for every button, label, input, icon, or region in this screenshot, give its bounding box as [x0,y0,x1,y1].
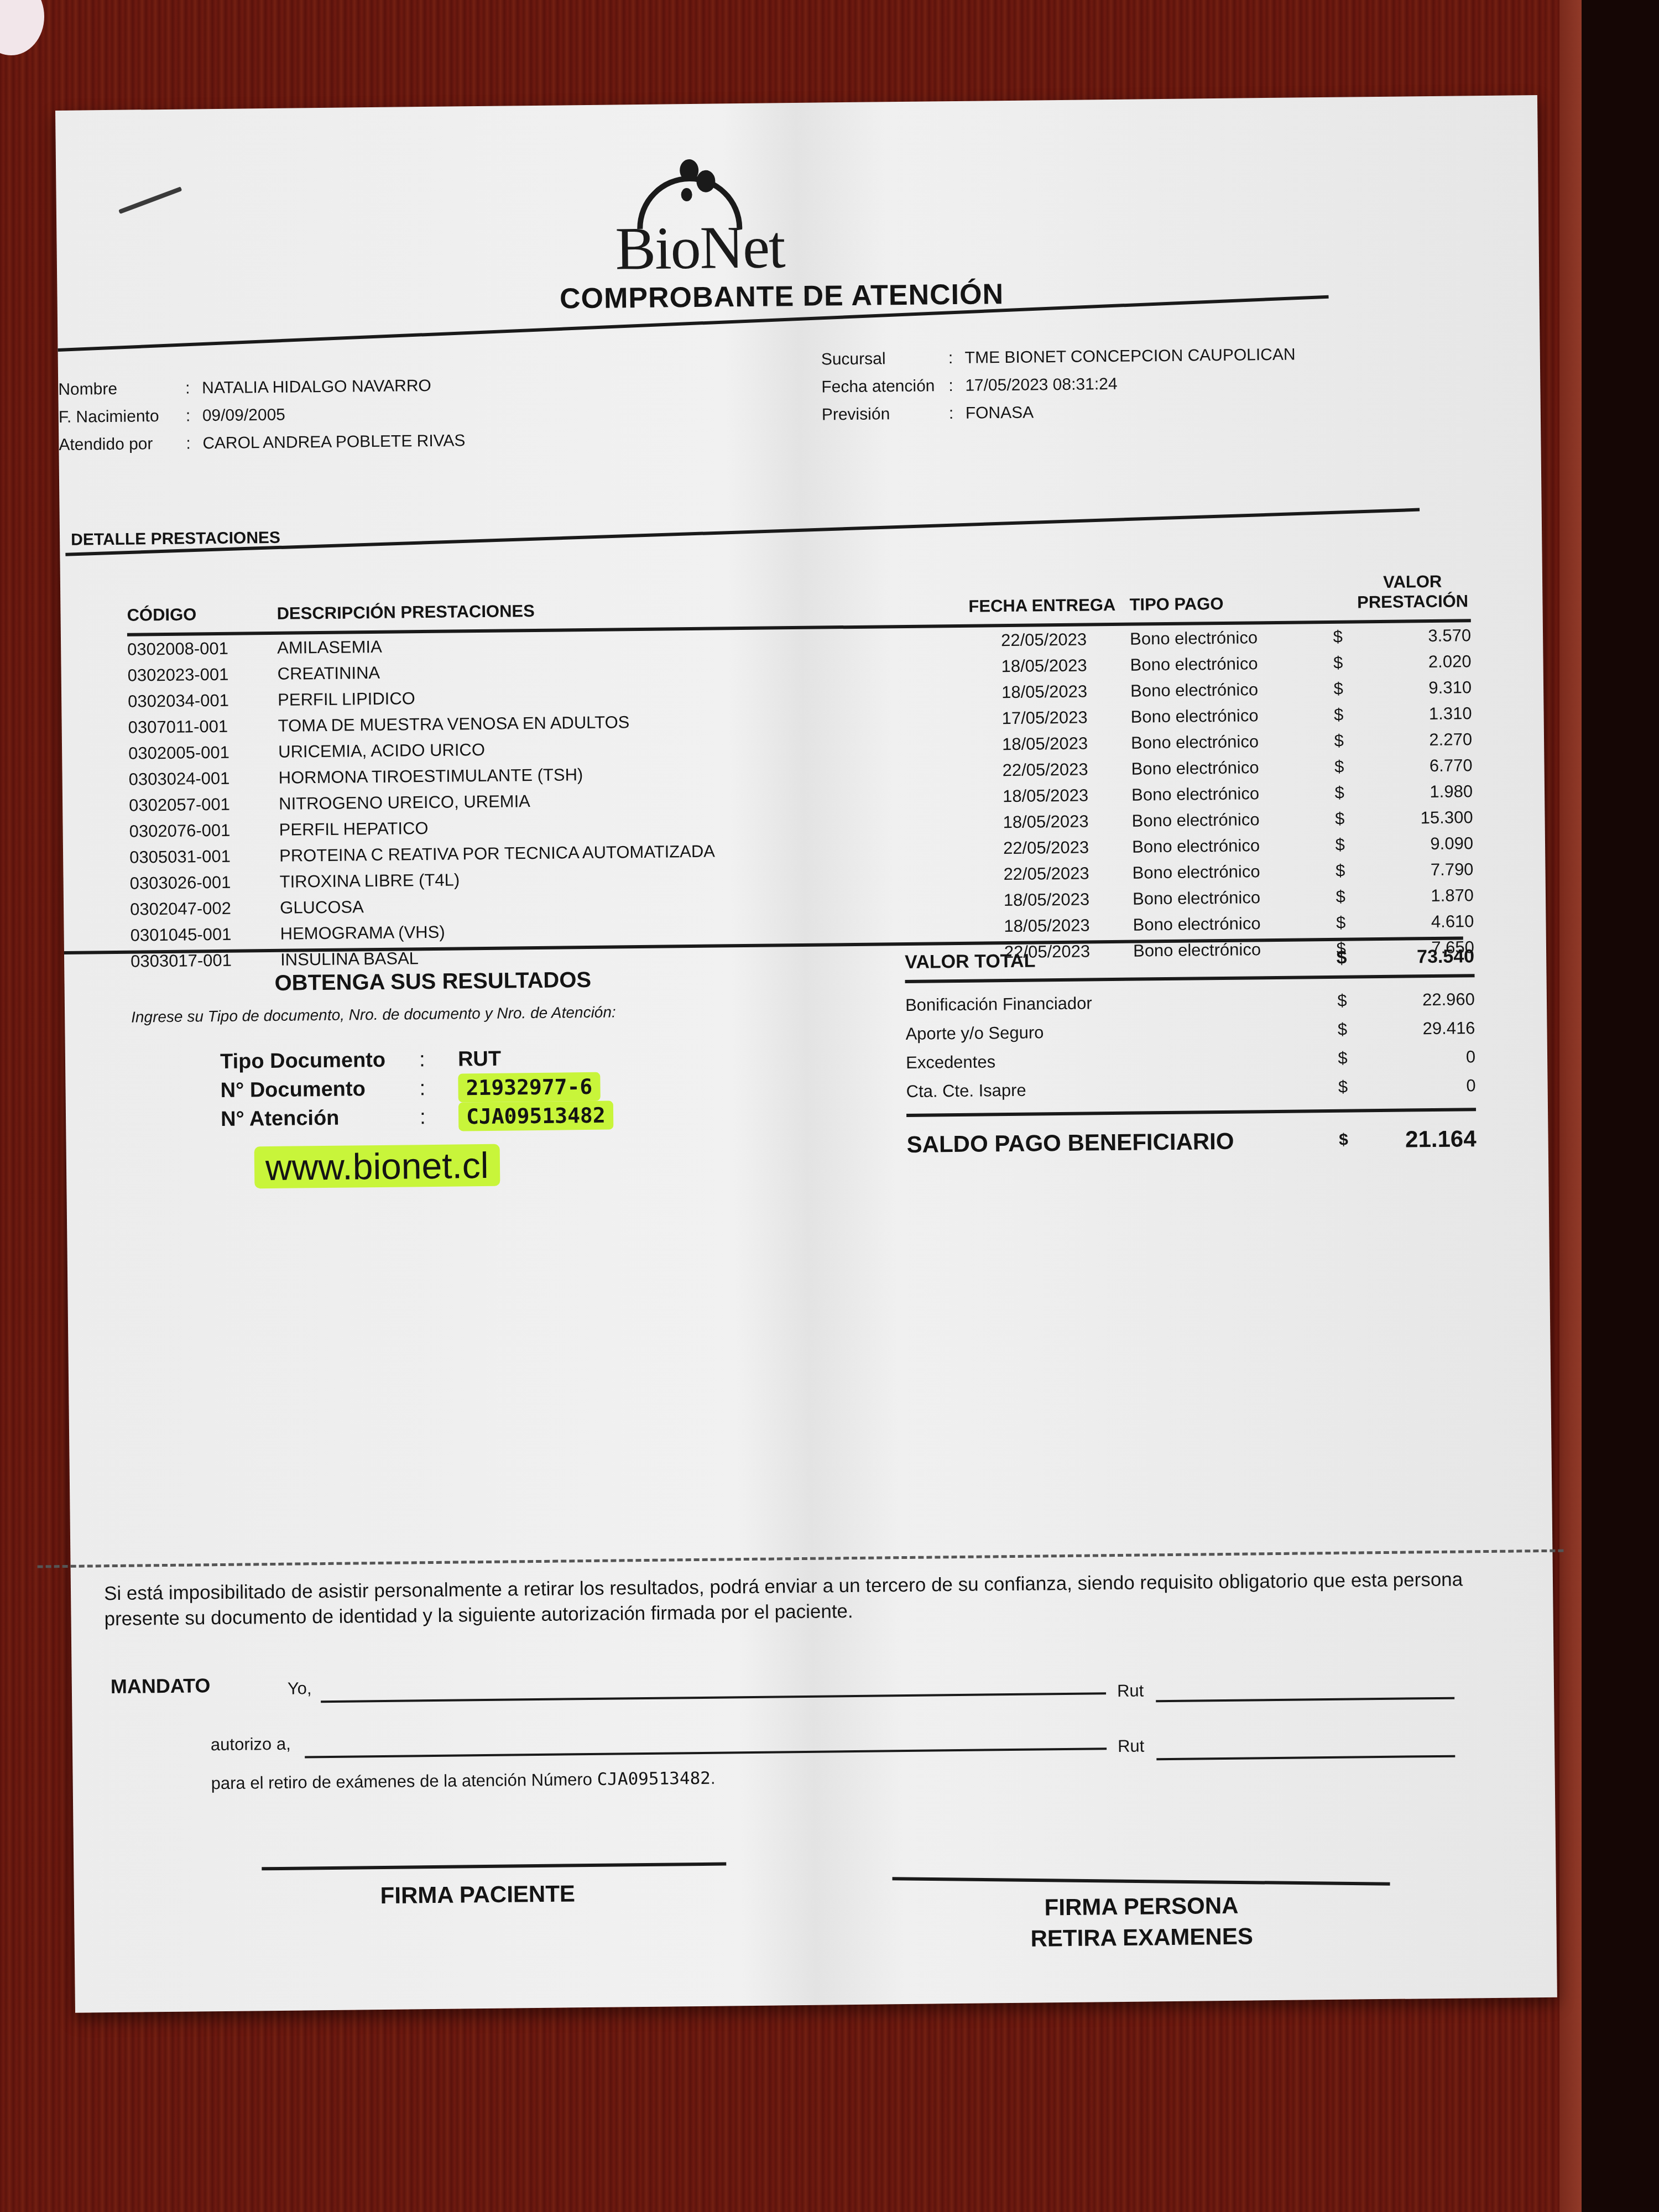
proxy-rut-field[interactable] [1156,1755,1455,1761]
service-code: 0302057-001 [129,791,279,818]
balance-row: SALDO PAGO BENEFICIARIO $ 21.164 [906,1117,1477,1167]
attended-by: CAROL ANDREA POBLETE RIVAS [202,427,466,457]
payment-type: Bono electrónico [1120,754,1322,782]
currency-symbol: $ [1321,649,1355,676]
delivery-date: 18/05/2023 [969,678,1120,706]
delivery-date: 18/05/2023 [969,652,1119,680]
totals-section: VALOR TOTAL $ 73.540 Bonificación Financ… [905,942,1477,1167]
cut-line [38,1550,1564,1568]
service-code: 0302076-001 [129,817,279,844]
service-value: 1.310 [1356,700,1472,727]
visit-date-row: Fecha atención: 17/05/2023 08:31:24 [821,369,1296,401]
service-code: 0302034-001 [128,687,278,714]
delivery-date: 18/05/2023 [970,730,1120,758]
patient-info: Nombre: NATALIA HIDALGO NAVARRO F. Nacim… [58,372,466,459]
doc-number-value: 21932977-6 [458,1072,600,1103]
service-value: 4.610 [1358,908,1474,935]
background-shadow [1582,0,1659,2212]
delivery-date: 18/05/2023 [972,886,1122,914]
currency-symbol: $ [1323,831,1358,858]
access-credentials: Tipo Documento: RUT N° Documento: 219329… [220,1041,852,1134]
doc-type-value: RUT [458,1045,502,1074]
service-value: 2.020 [1355,648,1472,675]
mandate-purpose: para el retiro de exámenes de la atenció… [211,1768,716,1794]
branch: TME BIONET CONCEPCION CAUPOLICAN [965,341,1296,372]
currency-symbol: $ [1321,623,1355,650]
payment-type: Bono electrónico [1120,780,1322,808]
delivery-date: 18/05/2023 [972,912,1122,940]
birthdate-row: F. Nacimiento: 09/09/2005 [59,399,466,431]
proxy-signature-label: FIRMA PERSONA RETIRA EXAMENES [937,1889,1347,1955]
service-code: 0303026-001 [129,869,280,896]
delivery-date: 18/05/2023 [971,782,1121,810]
payment-type: Bono electrónico [1119,676,1321,704]
visit-info: Sucursal: TME BIONET CONCEPCION CAUPOLIC… [821,341,1296,429]
payment-type: Bono electrónico [1121,884,1323,912]
proxy-name-field[interactable] [305,1747,1107,1758]
currency-symbol: $ [1323,883,1358,910]
delivery-date: 22/05/2023 [970,756,1120,784]
currency-symbol: $ [1321,675,1356,702]
service-value: 15.300 [1357,804,1473,831]
payment-type: Bono electrónico [1121,910,1323,938]
service-code: 0303024-001 [128,765,279,792]
branch-row: Sucursal: TME BIONET CONCEPCION CAUPOLIC… [821,341,1296,374]
breakdown-value: 29.416 [1364,1018,1475,1039]
attention-number-value: CJA09513482 [458,1101,613,1131]
currency-symbol: $ [1322,753,1357,780]
currency-symbol: $ [1323,909,1358,936]
mandate-attention-number: CJA09513482 [597,1768,711,1790]
mandate-heading: MANDATO [111,1674,211,1698]
service-code: 0302005-001 [128,739,279,766]
currency-symbol: $ [1322,727,1357,754]
currency-symbol: $ [1323,857,1358,884]
services-table: CÓDIGO DESCRIPCIÓN PRESTACIONES FECHA EN… [127,571,1474,974]
service-code: 0305031-001 [129,843,280,870]
service-value: 2.270 [1356,726,1472,753]
delivery-date: 17/05/2023 [969,704,1120,732]
service-code: 0302023-001 [127,661,278,688]
service-value: 3.570 [1355,622,1471,649]
attention-number-row: N° Atención: CJA09513482 [221,1098,851,1134]
patient-signature-field[interactable] [262,1862,726,1870]
logo-icon [614,153,759,221]
patient-name-row: Nombre: NATALIA HIDALGO NAVARRO [58,372,465,404]
birthdate: 09/09/2005 [202,401,286,430]
payment-type: Bono electrónico [1119,650,1321,678]
service-code: 0301045-001 [130,921,280,948]
service-code: 0307011-001 [128,713,278,740]
background-cloth [0,0,44,55]
payment-type: Bono electrónico [1120,806,1322,834]
service-value: 9.090 [1357,830,1473,857]
mandate-notice: Si está imposibilitado de asistir person… [104,1567,1509,1632]
payment-type: Bono electrónico [1119,702,1321,730]
service-value: 6.770 [1357,752,1473,779]
service-value: 9.310 [1355,674,1472,701]
proxy-signature-field[interactable] [893,1877,1390,1885]
balance-value: 21.164 [1365,1125,1476,1153]
payment-type: Bono electrónico [1119,624,1321,652]
payment-type: Bono electrónico [1121,832,1323,860]
service-value: 1.980 [1357,778,1473,805]
insurance: FONASA [966,399,1034,427]
get-results-section: OBTENGA SUS RESULTADOS Ingrese su Tipo d… [131,965,852,1190]
currency-symbol: $ [1322,779,1357,806]
payment-type: Bono electrónico [1121,858,1323,886]
breakdown-value: 0 [1365,1047,1475,1068]
service-code: 0302047-002 [130,895,280,922]
grantor-name-field[interactable] [321,1692,1106,1703]
total-row: VALOR TOTAL $ 73.540 [905,942,1474,977]
breakdown-value: 0 [1365,1076,1475,1097]
delivery-date: 22/05/2023 [969,626,1119,654]
breakdown-value: 22.960 [1364,989,1475,1010]
delivery-date: 18/05/2023 [971,808,1121,836]
insurance-row: Previsión: FONASA [822,397,1296,429]
patient-signature-label: FIRMA PACIENTE [306,1880,649,1910]
results-instructions: Ingrese su Tipo de documento, Nro. de do… [131,1001,850,1026]
service-value: 7.790 [1358,856,1474,883]
delivery-date: 22/05/2023 [971,860,1121,888]
bionet-logo: BioNet [614,153,759,276]
results-title: OBTENGA SUS RESULTADOS [274,965,849,996]
delivery-date: 22/05/2023 [971,834,1121,862]
service-code: 0302008-001 [127,635,278,662]
currency-symbol: $ [1322,805,1357,832]
patient-name: NATALIA HIDALGO NAVARRO [202,372,431,402]
service-value: 1.870 [1358,882,1474,909]
currency-symbol: $ [1321,701,1356,728]
receipt-paper: BioNet COMPROBANTE DE ATENCIÓN Nombre: N… [55,95,1557,2013]
staple-mark [118,186,182,214]
grantor-rut-field[interactable] [1156,1697,1454,1703]
attended-by-row: Atendido por: CAROL ANDREA POBLETE RIVAS [59,427,466,459]
breakdown-row: Cta. Cte. Isapre$0 [906,1071,1475,1106]
total-value: 73.540 [1364,946,1474,968]
results-website-link[interactable]: www.bionet.cl [254,1144,500,1189]
visit-date: 17/05/2023 08:31:24 [965,371,1118,400]
payment-type: Bono electrónico [1120,728,1322,756]
